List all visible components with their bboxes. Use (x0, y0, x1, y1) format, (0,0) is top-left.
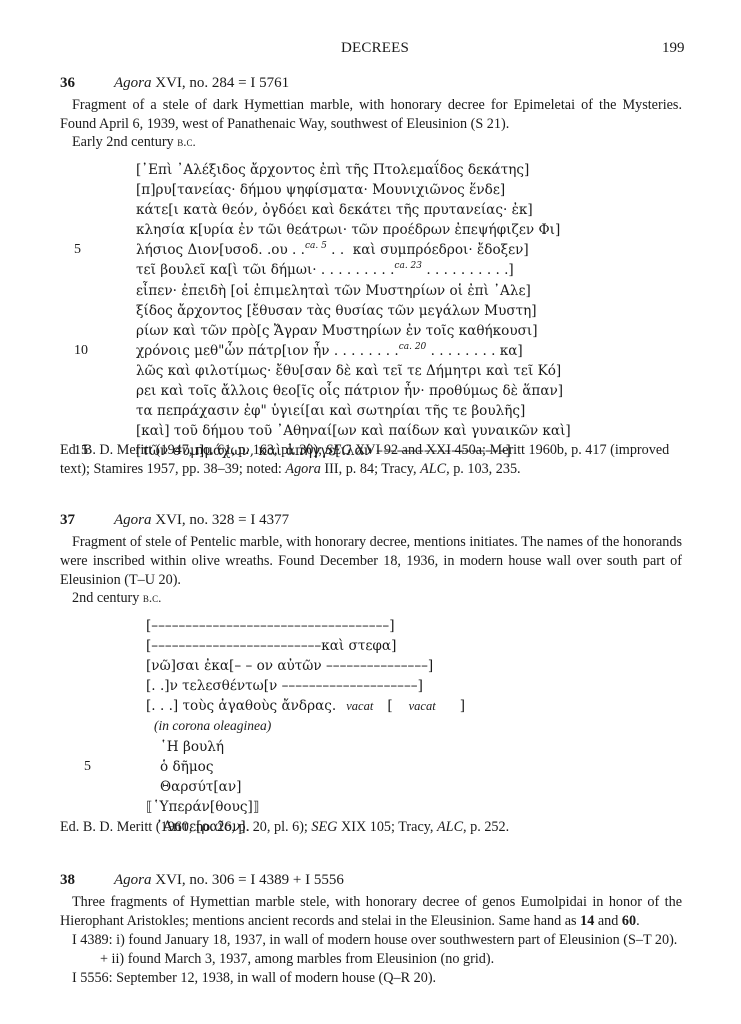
inscription-line: Θαρσύτ[αν] (146, 777, 465, 797)
inscription-text: κάτε[ι κατὰ θεόν, ὀγδόει καὶ δεκάτει τῆς… (136, 202, 533, 218)
entry-37-heading: 37 Agora XVI, no. 328 = I 4377 (60, 512, 680, 532)
entry-reference: Agora XVI, no. 284 = I 5761 (114, 75, 289, 92)
inscription-line: 10χρόνοις μεθ"ὧν πάτρ[ιον ἦν . . . . . .… (136, 341, 571, 361)
inscription-text: [. . .] τοὺς ἀγαθοὺς ἄνδρας. (146, 698, 336, 714)
bracket: ] (460, 698, 465, 714)
entry-37-greek-text: [–––––––––––––––––––––––––––––––––––][––… (146, 616, 465, 837)
date-era: b.c. (143, 590, 162, 605)
inscription-text: [᾿Επὶ ᾿Αλέξιδος ἄρχοντος ἐπὶ τῆς Πτολεμα… (136, 162, 529, 178)
inscription-line: ρει καὶ τοῖς ἄλλοις θεο[ῖς οἷς πάτριον ἦ… (136, 381, 571, 401)
inscription-text: τα πεπράχασιν ἐφ" ὑγιεί[αι καὶ σωτηρίαι … (136, 403, 525, 419)
cross-ref-60: 60 (622, 913, 636, 929)
entry-37-description: Fragment of stele of Pentelic marble, wi… (60, 533, 682, 590)
inscription-line: εἶπεν· ἐπειδὴ [οἱ ἐπιμεληταὶ τῶν Μυστηρί… (136, 281, 571, 301)
inscription-text: [π]ρυ[τανείας· δήμου ψηφίσματα· Μουνιχιῶ… (136, 182, 505, 198)
inscription-text: [–––––––––––––––––––––––––––––––––––] (146, 618, 395, 634)
inscription-text: λήσιος Διον[υσοδ. .ου . . (136, 242, 305, 258)
date-era: b.c. (177, 134, 196, 149)
inscription-line: [᾿Επὶ ᾿Αλέξιδος ἄρχοντος ἐπὶ τῆς Πτολεμα… (136, 160, 571, 180)
ref-rest: XVI, no. 306 = I 4389 + I 5556 (152, 872, 344, 888)
inscription-text: ῾Η βουλή (160, 739, 224, 755)
biblio-alc: ALC (437, 819, 463, 835)
entry-reference: Agora XVI, no. 306 = I 4389 + I 5556 (114, 872, 344, 889)
vacat-mark: vacat (409, 699, 436, 713)
ref-italic: Agora (114, 872, 152, 888)
entry-38-heading: 38 Agora XVI, no. 306 = I 4389 + I 5556 (60, 872, 680, 892)
biblio-part: , p. 103, 235. (446, 461, 520, 477)
inscription-line: [. .]ν τελεσθέντω[ν ––––––––––––––––––––… (146, 676, 465, 696)
entry-36-description: Fragment of a stele of dark Hymettian ma… (60, 96, 682, 134)
description-text: . (636, 913, 640, 929)
inscription-text: λῶς καὶ φιλοτίμως· ἔθυ[σαν δὲ καὶ τεῖ τε… (136, 363, 561, 379)
running-head-title: DECREES (341, 40, 409, 57)
inscription-line: κάτε[ι κατὰ θεόν, ὀγδόει καὶ δεκάτει τῆς… (136, 200, 571, 220)
entry-37-bibliography: Ed. B. D. Meritt (1960, no. 26, p. 20, p… (60, 818, 682, 837)
entry-number: 38 (60, 872, 75, 889)
entry-36-greek-text: [᾿Επὶ ᾿Αλέξιδος ἄρχοντος ἐπὶ τῆς Πτολεμα… (136, 160, 571, 461)
inscription-text: ὁ δῆμος (160, 759, 213, 775)
description-text: Fragment of a stele of dark Hymettian ma… (60, 97, 682, 132)
inscription-line: λῶς καὶ φιλοτίμως· ἔθυ[σαν δὲ καὶ τεῖ τε… (136, 361, 571, 381)
description-text: and (594, 913, 622, 929)
inscription-text: χρόνοις μεθ"ὧν πάτρ[ιον ἦν . . . . . . .… (136, 343, 399, 359)
entry-number: 37 (60, 512, 75, 529)
biblio-alc: ALC (420, 461, 446, 477)
inscription-line: [–––––––––––––––––––––––––––––––––––] (146, 616, 465, 636)
biblio-seg: SEG (326, 442, 352, 458)
inscription-line: 5ὁ δῆμος (146, 757, 465, 777)
inscription-line: κλησία κ[υρία ἐν τῶι θεάτρωι· τῶν προέδρ… (136, 220, 571, 240)
biblio-seg: SEG (311, 819, 337, 835)
ref-italic: Agora (114, 512, 152, 528)
inscription-text: ρει καὶ τοῖς ἄλλοις θεο[ῖς οἷς πάτριον ἦ… (136, 383, 563, 399)
page-number: 199 (662, 40, 685, 57)
inscription-line: ῾Η βουλή (146, 737, 465, 757)
line-number: 5 (74, 240, 114, 260)
inscription-line: τεῖ βουλεῖ κα[ὶ τῶι δήμωι· . . . . . . .… (136, 260, 571, 280)
biblio-part: III, p. 84; Tracy, (321, 461, 420, 477)
biblio-agora: Agora (285, 461, 320, 477)
biblio-part: , p. 252. (463, 819, 509, 835)
entry-37-date: 2nd century b.c. (72, 590, 161, 607)
biblio-part: XIX 105; Tracy, (337, 819, 437, 835)
entry-38-find-2: + ii) found March 3, 1937, among marbles… (100, 950, 680, 969)
entry-36-heading: 36 Agora XVI, no. 284 = I 5761 (60, 75, 680, 95)
inscription-text: . . καὶ συμπρόεδροι· ἔδοξεν] (327, 242, 529, 258)
entry-38-find-1: I 4389: i) found January 18, 1937, in wa… (72, 931, 692, 950)
inscription-text: . . . . . . . . . .] (422, 262, 514, 278)
description-text: Fragment of stele of Pentelic marble, wi… (60, 534, 682, 588)
vacat-mark: vacat (346, 699, 373, 713)
inscription-text: ξίδος ἄρχοντος [ἔθυσαν τὰς θυσίας τῶν με… (136, 303, 537, 319)
entry-reference: Agora XVI, no. 328 = I 4377 (114, 512, 289, 529)
inscription-text: [νῶ]σαι ἐκα[– – ον αὐτῶν –––––––––––––––… (146, 658, 433, 674)
inscription-line: ρίων καὶ τῶν πρὸ[ς Ἄγραν Μυστηρίων ἐν το… (136, 321, 571, 341)
entry-36-bibliography: Ed. B. D. Meritt (1947, no. 61, p. 163, … (60, 441, 682, 479)
line-number: 5 (84, 757, 124, 777)
entry-number: 36 (60, 75, 75, 92)
ref-rest: XVI, no. 284 = I 5761 (152, 75, 290, 91)
inscription-text: . . . . . . . . κα] (426, 343, 522, 359)
ref-italic: Agora (114, 75, 152, 91)
date-text: Early 2nd century (72, 134, 177, 150)
inscription-text: Θαρσύτ[αν] (160, 779, 241, 795)
inscription-line: ξίδος ἄρχοντος [ἔθυσαν τὰς θυσίας τῶν με… (136, 301, 571, 321)
ref-rest: XVI, no. 328 = I 4377 (152, 512, 290, 528)
inscription-text: [–––––––––––––––––––––––––καὶ στεφα] (146, 638, 396, 654)
inscription-text: [. .]ν τελεσθέντω[ν ––––––––––––––––––––… (146, 678, 423, 694)
inscription-line: [καὶ] τοῦ δήμου τοῦ ᾿Αθηναί[ων καὶ παίδω… (136, 421, 571, 441)
inscription-line: 5λήσιος Διον[υσοδ. .ου . .ca. 5 . . καὶ … (136, 240, 571, 260)
inscription-line: [νῶ]σαι ἐκα[– – ον αὐτῶν –––––––––––––––… (146, 656, 465, 676)
circa-count: ca. 5 (305, 241, 327, 251)
entry-38-description: Three fragments of Hymettian marble stel… (60, 893, 682, 931)
inscription-text: [καὶ] τοῦ δήμου τοῦ ᾿Αθηναί[ων καὶ παίδω… (136, 423, 571, 439)
entry-36-date: Early 2nd century b.c. (72, 134, 196, 151)
inscription-line: [. . .] τοὺς ἀγαθοὺς ἄνδρας.vacat[vacat] (146, 696, 465, 716)
inscription-line: [π]ρυ[τανείας· δήμου ψηφίσματα· Μουνιχιῶ… (136, 180, 571, 200)
circa-count: ca. 23 (394, 261, 422, 271)
inscription-text: ⟦῾Υπεράν[θους]⟧ (146, 799, 260, 815)
inscription-text: (in corona oleaginea) (154, 718, 271, 733)
inscription-text: εἶπεν· ἐπειδὴ [οἱ ἐπιμεληταὶ τῶν Μυστηρί… (136, 283, 531, 299)
inscription-line: (in corona oleaginea) (146, 716, 465, 736)
line-number: 10 (74, 341, 114, 361)
cross-ref-14: 14 (580, 913, 594, 929)
date-text: 2nd century (72, 590, 143, 606)
inscription-line: ⟦῾Υπεράν[θους]⟧ (146, 797, 465, 817)
circa-count: ca. 20 (399, 342, 427, 352)
biblio-part: Ed. B. D. Meritt (1947, no. 61, p. 163, … (60, 442, 326, 458)
entry-38-find-3: I 5556: September 12, 1938, in wall of m… (72, 969, 692, 988)
inscription-text: ρίων καὶ τῶν πρὸ[ς Ἄγραν Μυστηρίων ἐν το… (136, 323, 538, 339)
inscription-line: [–––––––––––––––––––––––––καὶ στεφα] (146, 636, 465, 656)
inscription-line: τα πεπράχασιν ἐφ" ὑγιεί[αι καὶ σωτηρίαι … (136, 401, 571, 421)
bracket: [ (387, 698, 392, 714)
inscription-text: τεῖ βουλεῖ κα[ὶ τῶι δήμωι· . . . . . . .… (136, 262, 394, 278)
biblio-part: Ed. B. D. Meritt (1960, no. 26, p. 20, p… (60, 819, 311, 835)
inscription-text: κλησία κ[υρία ἐν τῶι θεάτρωι· τῶν προέδρ… (136, 222, 560, 238)
